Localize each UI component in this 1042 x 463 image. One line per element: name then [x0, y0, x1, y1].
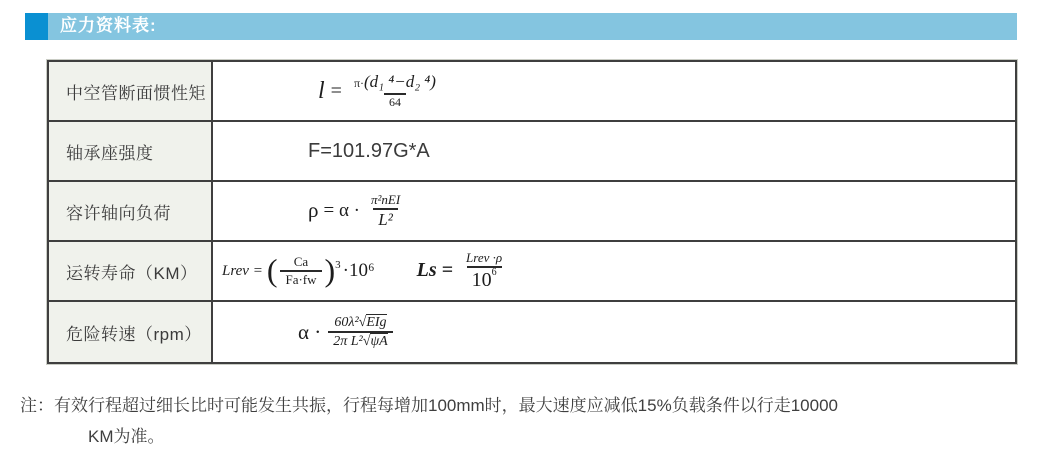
table-row: 运转寿命（KM） Lrev = ( Ca Fa·fw )3 ·10⁶ Ls = … — [49, 242, 1015, 302]
table-row: 轴承座强度 F=101.97G*A — [49, 122, 1015, 182]
footnote-line1: 注：有效行程超过细长比时可能发生共振，行程每增加100mm时，最大速度应减低15… — [20, 390, 1010, 421]
row-label: 运转寿命（KM） — [49, 242, 213, 300]
formula-bearing-strength: F=101.97G*A — [308, 140, 430, 163]
formula-life-revolutions: Lrev = ( Ca Fa·fw )3 ·10⁶ — [222, 255, 375, 288]
formula-axial-load: ρ = α · π²nEI L² — [308, 193, 408, 230]
footnote-line2: KM为准。 — [20, 421, 1010, 452]
formula-cell: Lrev = ( Ca Fa·fw )3 ·10⁶ Ls = Lrev ·ρ 1… — [213, 242, 1015, 300]
row-label: 轴承座强度 — [49, 122, 213, 180]
section-title: 应力资料表: — [48, 13, 1017, 40]
row-label: 危险转速（rpm） — [49, 302, 213, 362]
table-row: 中空管断面惯性矩 l = π·(d₁ ⁴−d₂ ⁴) 64 — [49, 62, 1015, 122]
close-paren: ) — [325, 258, 336, 284]
formula-cell: F=101.97G*A — [213, 122, 1015, 180]
open-paren: ( — [267, 258, 278, 284]
row-label: 中空管断面惯性矩 — [49, 62, 213, 120]
formula-cell: α · 60λ²√EIg 2π L²√ψA — [213, 302, 1015, 362]
table-row: 容许轴向负荷 ρ = α · π²nEI L² — [49, 182, 1015, 242]
table-row: 危险转速（rpm） α · 60λ²√EIg 2π L²√ψA — [49, 302, 1015, 362]
section-header: 应力资料表: — [25, 13, 1017, 40]
row-label: 容许轴向负荷 — [49, 182, 213, 240]
formula-moment-of-inertia: l = π·(d₁ ⁴−d₂ ⁴) 64 — [318, 73, 444, 109]
formula-life-stroke: Ls = Lrev ·ρ 106 — [417, 251, 511, 291]
stress-data-table: 中空管断面惯性矩 l = π·(d₁ ⁴−d₂ ⁴) 64 轴承座强度 F=10… — [47, 60, 1017, 364]
footnote: 注：有效行程超过细长比时可能发生共振，行程每增加100mm时，最大速度应减低15… — [20, 390, 1010, 453]
formula-cell: ρ = α · π²nEI L² — [213, 182, 1015, 240]
formula-critical-speed: α · 60λ²√EIg 2π L²√ψA — [298, 315, 396, 350]
header-accent-square — [25, 13, 48, 40]
formula-cell: l = π·(d₁ ⁴−d₂ ⁴) 64 — [213, 62, 1015, 120]
